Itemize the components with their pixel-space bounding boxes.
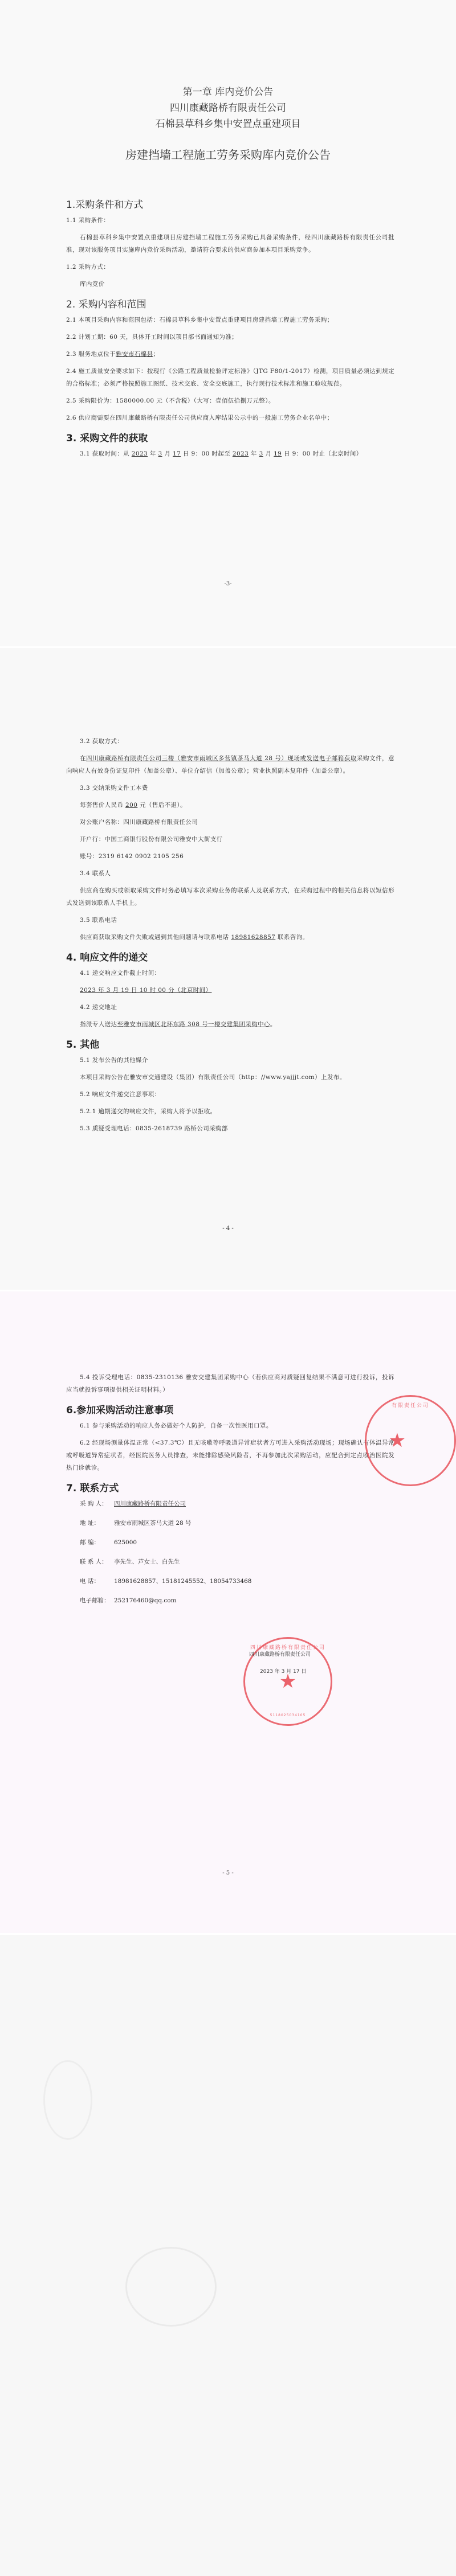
section-3-2-label: 3.2 获取方式： (66, 735, 394, 748)
section-2-2: 2.2 计划工期：60 天，具体开工时间以项目部书面通知为准； (66, 331, 394, 343)
s3-1-t3: 日 9：00 时起至 (181, 450, 233, 457)
section-3-4-label: 3.4 联系人 (66, 867, 394, 880)
section-1-1-label: 1.1 采购条件： (66, 214, 394, 227)
section-1-2-text: 库内竞价 (66, 278, 394, 290)
section-4-2-label: 4.2 递交地址 (66, 1001, 394, 1014)
contact-value: 252176460@qq.com (114, 1594, 177, 1607)
section-3-3-label: 3.3 交纳采购文件工本费 (66, 782, 394, 794)
section-7-heading: 7. 联系方式 (66, 1480, 394, 1494)
deadline-value: 2023 年 3 月 19 日 10 时 00 分（北京时间） (80, 987, 211, 994)
section-5-2-label: 5.2 响应文件递交注意事项： (66, 1088, 394, 1101)
section-1-2-label: 1.2 采购方式： (66, 261, 394, 273)
signature-company: 四川康藏路桥有限责任公司 (249, 1648, 311, 1661)
project-title: 石棉县草科乡集中安置点重建项目 (0, 116, 456, 132)
s3-5-suffix: 联系咨询。 (275, 934, 308, 941)
page-number: -3- (0, 581, 456, 587)
page-3: 5.4 投诉受理电话：0835-2310136 雅安交建集团采购中心（若供应商对… (0, 1291, 456, 1933)
page-2-content: 3.2 获取方式： 在四川康藏路桥有限责任公司三楼（雅安市雨城区多营镇茶马大道 … (66, 735, 394, 1139)
document-title-block: 第一章 库内竞价公告 四川康藏路桥有限责任公司 石棉县草科乡集中安置点重建项目 … (0, 84, 456, 163)
section-3-5-text: 供应商获取采购文件失败或遇到其他问题请与联系电话 18981628857 联系咨… (66, 931, 394, 944)
end-day: 19 (274, 450, 282, 457)
s4-2-suffix: 。 (270, 1021, 276, 1028)
section-2-4: 2.4 施工质量安全要求如下：按现行《公路工程质量检验评定标准》（JTG F80… (66, 365, 394, 390)
page-1-content: 1.采购条件和方式 1.1 采购条件： 石棉县草科乡集中安置点重建项目房建挡墙工… (66, 191, 394, 465)
section-1-1-text: 石棉县草科乡集中安置点重建项目房建挡墙工程施工劳务采购已具备采购条件，经四川康藏… (66, 231, 394, 256)
section-6-1: 6.1 参与采购活动的响应人务必做好个人防护，自备一次性医用口罩。 (66, 1420, 394, 1432)
contact-value: 四川康藏路桥有限责任公司 (114, 1498, 186, 1510)
section-5-heading: 5. 其他 (66, 1036, 394, 1051)
section-2-3: 2.3 服务地点位于雅安市石棉县； (66, 348, 394, 360)
contact-value: 625000 (114, 1536, 137, 1549)
bleed-through-seal (43, 2060, 92, 2140)
star-icon: ★ (389, 1431, 406, 1450)
section-1-heading: 1.采购条件和方式 (66, 196, 394, 211)
s3-5-prefix: 供应商获取采购文件失败或遇到其他问题请与联系电话 (80, 934, 231, 941)
company-seal-edge: ★ 有限责任公司 (365, 1395, 456, 1486)
s3-2-prefix: 在 (80, 755, 86, 762)
start-month: 3 (158, 450, 162, 457)
end-year: 2023 (233, 450, 249, 457)
page-1: 第一章 库内竞价公告 四川康藏路桥有限责任公司 石棉县草科乡集中安置点重建项目 … (0, 0, 456, 646)
company-title: 四川康藏路桥有限责任公司 (0, 100, 456, 116)
service-location: 雅安市石棉县 (116, 351, 153, 358)
contact-phones: 电 话： 18981628857、15181245552、18054733468 (66, 1575, 394, 1588)
document-fee: 每套售价人民币 200 元（售后不退）。 (66, 799, 394, 811)
page-2: 3.2 获取方式： 在四川康藏路桥有限责任公司三楼（雅安市雨城区多营镇茶马大道 … (0, 648, 456, 1290)
section-6-heading: 6.参加采购活动注意事项 (66, 1402, 394, 1416)
notice-title: 房建挡墙工程施工劳务采购库内竞价公告 (0, 147, 456, 163)
account-name: 对公账户名称：四川康藏路桥有限责任公司 (66, 816, 394, 828)
page-number: - 4 - (0, 1225, 456, 1232)
s3-1-t1: 年 (148, 450, 158, 457)
pickup-location: 四川康藏路桥有限责任公司三楼（雅安市雨城区多营镇茶马大道 28 号）现场或发送电… (86, 755, 357, 762)
s3-1-prefix: 3.1 获取时间：从 (80, 450, 132, 457)
s3-1-t4: 年 (249, 450, 259, 457)
contact-value: 雅安市雨城区茶马大道 28 号 (114, 1517, 192, 1529)
page-4-blank (0, 1935, 456, 2576)
section-3-2-text: 在四川康藏路桥有限责任公司三楼（雅安市雨城区多营镇茶马大道 28 号）现场或发送… (66, 752, 394, 777)
submission-address: 至雅安市雨城区北环东路 308 号一楼交建集团采购中心 (117, 1021, 270, 1028)
contact-value: 18981628857、15181245552、18054733468 (114, 1575, 251, 1588)
s4-2-prefix: 指派专人送达 (80, 1021, 117, 1028)
contact-label: 电子邮箱： (80, 1594, 114, 1607)
bank-name: 开户行：中国工商银行股份有限公司雅安中大街支行 (66, 833, 394, 846)
seal-code: 5118025034105 (245, 1713, 331, 1717)
contact-label: 联 系 人： (80, 1556, 114, 1568)
bleed-through-seal (125, 2247, 217, 2327)
section-5-4: 5.4 投诉受理电话：0835-2310136 雅安交建集团采购中心（若供应商对… (66, 1371, 394, 1396)
section-3-heading: 3. 采购文件的获取 (66, 430, 394, 444)
section-2-3-suffix: ； (153, 351, 159, 358)
contact-phone: 18981628857 (231, 934, 275, 941)
section-2-3-prefix: 2.3 服务地点位于 (66, 351, 116, 358)
contact-postcode: 邮 编： 625000 (66, 1536, 394, 1549)
section-5-1-label: 5.1 发布公告的其他媒介 (66, 1054, 394, 1067)
contact-label: 地 址： (80, 1517, 114, 1529)
page-3-content: 5.4 投诉受理电话：0835-2310136 雅安交建集团采购中心（若供应商对… (66, 1371, 394, 1614)
contact-label: 邮 编： (80, 1536, 114, 1549)
fee-amount: 200 (125, 802, 137, 809)
section-4-1-label: 4.1 递交响应文件截止时间： (66, 967, 394, 979)
contact-email: 电子邮箱： 252176460@qq.com (66, 1594, 394, 1607)
start-year: 2023 (132, 450, 148, 457)
end-month: 3 (259, 450, 263, 457)
section-4-heading: 4. 响应文件的递交 (66, 949, 394, 963)
fee-prefix: 每套售价人民币 (80, 802, 125, 809)
section-3-1: 3.1 获取时间：从 2023 年 3 月 17 日 9：00 时起至 2023… (66, 448, 394, 460)
fee-suffix: 元（售后不退）。 (137, 802, 186, 809)
s3-1-t2: 月 (162, 450, 173, 457)
contact-label: 采 购 人： (80, 1498, 114, 1510)
contact-persons: 联 系 人： 李先生、芦女士、白先生 (66, 1556, 394, 1568)
s3-1-t5: 月 (263, 450, 274, 457)
contact-address: 地 址： 雅安市雨城区茶马大道 28 号 (66, 1517, 394, 1529)
section-6-2: 6.2 经现场测量体温正常（<37.3℃）且无咳嗽等呼吸道异常症状者方可进入采购… (66, 1437, 394, 1474)
submission-deadline: 2023 年 3 月 19 日 10 时 00 分（北京时间） (66, 984, 394, 996)
contact-label: 电 话： (80, 1575, 114, 1588)
chapter-title: 第一章 库内竞价公告 (0, 84, 456, 100)
section-3-4-text: 供应商在购买或领取采购文件时务必填写本次采购业务的联系人及联系方式，在采购过程中… (66, 884, 394, 909)
section-2-1: 2.1 本项目采购内容和范围包括：石棉县草科乡集中安置点重建项目房建挡墙工程施工… (66, 314, 394, 326)
page-number: - 5 - (0, 1870, 456, 1876)
signature-date: 2023 年 3 月 17 日 (260, 1666, 306, 1678)
account-number: 账号：2319 6142 0902 2105 256 (66, 850, 394, 863)
section-2-6: 2.6 供应商需要在四川康藏路桥有限责任公司供应商入库结果公示中的一般施工劳务企… (66, 412, 394, 424)
s3-1-t6: 日 9：00 时止（北京时间） (282, 450, 362, 457)
seal-ring-text: 有限责任公司 (367, 1401, 454, 1409)
start-day: 17 (173, 450, 181, 457)
section-5-3: 5.3 质疑受理电话：0835-2618739 路桥公司采购部 (66, 1122, 394, 1135)
section-2-5: 2.5 采购限价为：1580000.00 元（不含税）（大写：壹佰伍拾捌万元整）… (66, 395, 394, 407)
section-3-5-label: 3.5 联系电话 (66, 914, 394, 926)
section-5-2-1: 5.2.1 逾期递交的响应文件，采购人将予以拒收。 (66, 1105, 394, 1118)
section-4-2-text: 指派专人送达至雅安市雨城区北环东路 308 号一楼交建集团采购中心。 (66, 1018, 394, 1031)
section-2-heading: 2. 采购内容和范围 (66, 296, 394, 310)
section-5-1-text: 本项目采购公告在雅安市交通建设（集团）有限责任公司（http：//www.yaj… (66, 1071, 394, 1084)
contact-purchaser: 采 购 人： 四川康藏路桥有限责任公司 (66, 1498, 394, 1510)
contact-value: 李先生、芦女士、白先生 (114, 1556, 180, 1568)
